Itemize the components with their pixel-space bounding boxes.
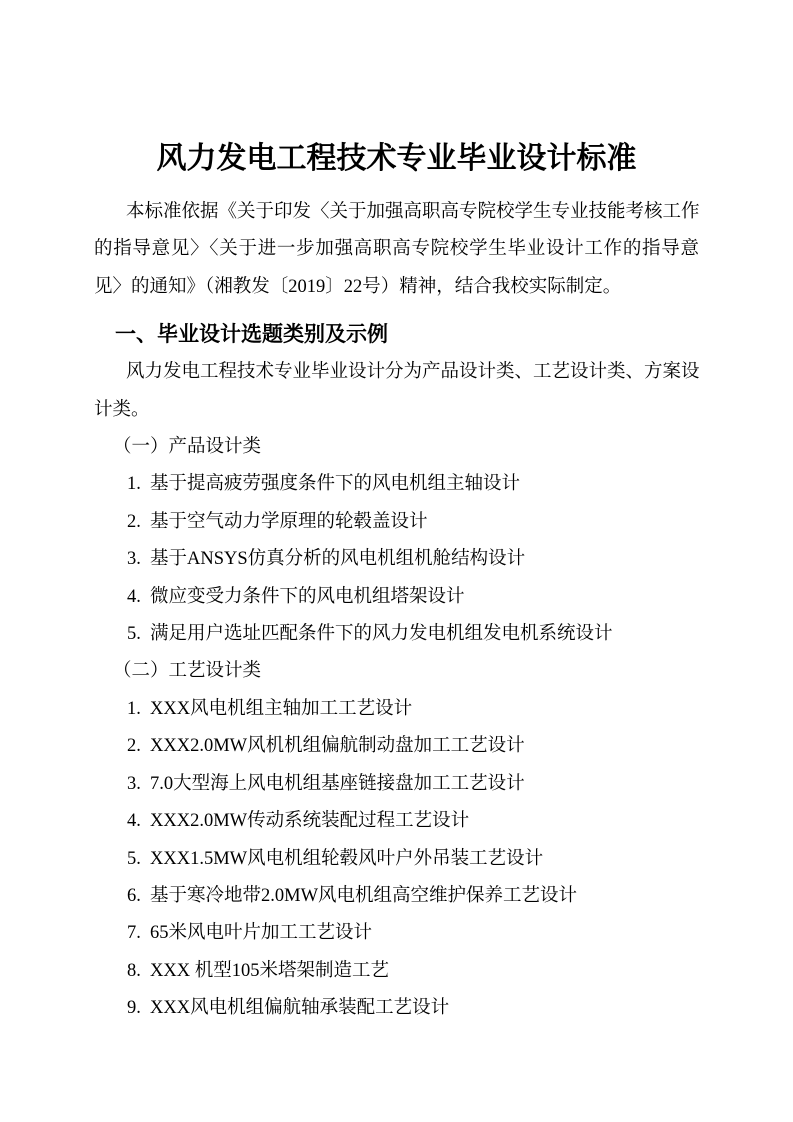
intro-line: 本标准依据《关于印发〈关于加强高职高专院校学生专业技能考核工作 [94,194,699,231]
list-item-number: 6. [127,878,150,915]
list-item-number: 3. [127,766,150,803]
document-page: 风力发电工程技术专业毕业设计标准 本标准依据《关于印发〈关于加强高职高专院校学生… [0,0,793,1122]
list-item-number: 7. [127,915,150,952]
section-intro-line: 风力发电工程技术专业毕业设计分为产品设计类、工艺设计类、方案设 [94,354,699,391]
list-item: 7. 65米风电叶片加工工艺设计 [94,915,699,952]
list-item-text: 基于提高疲劳强度条件下的风电机组主轴设计 [150,466,520,503]
list-item: 5. 满足用户选址匹配条件下的风力发电机组发电机系统设计 [94,616,699,653]
list-item-number: 5. [127,841,150,878]
list-item: 4. 微应变受力条件下的风电机组塔架设计 [94,579,699,616]
list-item-text: XXX风电机组主轴加工工艺设计 [150,691,412,728]
list-item-number: 1. [127,691,150,728]
list-item: 1. 基于提高疲劳强度条件下的风电机组主轴设计 [94,466,699,503]
list-item-text: 基于ANSYS仿真分析的风电机组机舱结构设计 [150,541,525,578]
section-heading: 一、毕业设计选题类别及示例 [94,316,699,354]
list-item-number: 5. [127,616,150,653]
list-item: 6. 基于寒冷地带2.0MW风电机组高空维护保养工艺设计 [94,878,699,915]
list-item: 3. 7.0大型海上风电机组基座链接盘加工工艺设计 [94,766,699,803]
list-item-text: XXX 机型105米塔架制造工艺 [150,953,389,990]
list-item: 3. 基于ANSYS仿真分析的风电机组机舱结构设计 [94,541,699,578]
list-item-text: XXX2.0MW风机机组偏航制动盘加工工艺设计 [150,728,525,765]
process-design-list: 1. XXX风电机组主轴加工工艺设计 2. XXX2.0MW风机机组偏航制动盘加… [94,691,699,1028]
list-item-number: 4. [127,579,150,616]
intro-line: 见〉的通知》（湘教发〔2019〕22号）精神，结合我校实际制定。 [94,269,699,306]
intro-line: 的指导意见〉〈关于进一步加强高职高专院校学生毕业设计工作的指导意 [94,231,699,268]
intro-paragraph: 本标准依据《关于印发〈关于加强高职高专院校学生专业技能考核工作 的指导意见〉〈关… [94,194,699,306]
list-item: 2. XXX2.0MW风机机组偏航制动盘加工工艺设计 [94,728,699,765]
document-title: 风力发电工程技术专业毕业设计标准 [94,137,699,181]
list-item-number: 9. [127,990,150,1027]
list-item-number: 2. [127,728,150,765]
list-item-text: 65米风电叶片加工工艺设计 [150,915,372,952]
list-item-number: 4. [127,803,150,840]
list-item-number: 3. [127,541,150,578]
list-item-number: 8. [127,953,150,990]
list-item-number: 2. [127,504,150,541]
list-item-text: 基于寒冷地带2.0MW风电机组高空维护保养工艺设计 [150,878,577,915]
subsection-heading-product-design: （一）产品设计类 [94,429,699,466]
list-item: 4. XXX2.0MW传动系统装配过程工艺设计 [94,803,699,840]
list-item: 1. XXX风电机组主轴加工工艺设计 [94,691,699,728]
subsection-heading-process-design: （二）工艺设计类 [94,653,699,690]
list-item-text: XXX2.0MW传动系统装配过程工艺设计 [150,803,469,840]
section-intro-paragraph: 风力发电工程技术专业毕业设计分为产品设计类、工艺设计类、方案设 计类。 [94,354,699,429]
product-design-list: 1. 基于提高疲劳强度条件下的风电机组主轴设计 2. 基于空气动力学原理的轮毂盖… [94,466,699,653]
list-item-text: XXX风电机组偏航轴承装配工艺设计 [150,990,449,1027]
list-item-text: 7.0大型海上风电机组基座链接盘加工工艺设计 [150,766,525,803]
list-item: 2. 基于空气动力学原理的轮毂盖设计 [94,504,699,541]
section-intro-line: 计类。 [94,392,699,429]
list-item-text: XXX1.5MW风电机组轮毂风叶户外吊装工艺设计 [150,841,543,878]
list-item-text: 满足用户选址匹配条件下的风力发电机组发电机系统设计 [150,616,613,653]
list-item-number: 1. [127,466,150,503]
list-item-text: 微应变受力条件下的风电机组塔架设计 [150,579,465,616]
list-item: 8. XXX 机型105米塔架制造工艺 [94,953,699,990]
document-content: 风力发电工程技术专业毕业设计标准 本标准依据《关于印发〈关于加强高职高专院校学生… [0,137,793,1028]
list-item-text: 基于空气动力学原理的轮毂盖设计 [150,504,428,541]
list-item: 5. XXX1.5MW风电机组轮毂风叶户外吊装工艺设计 [94,841,699,878]
list-item: 9. XXX风电机组偏航轴承装配工艺设计 [94,990,699,1027]
